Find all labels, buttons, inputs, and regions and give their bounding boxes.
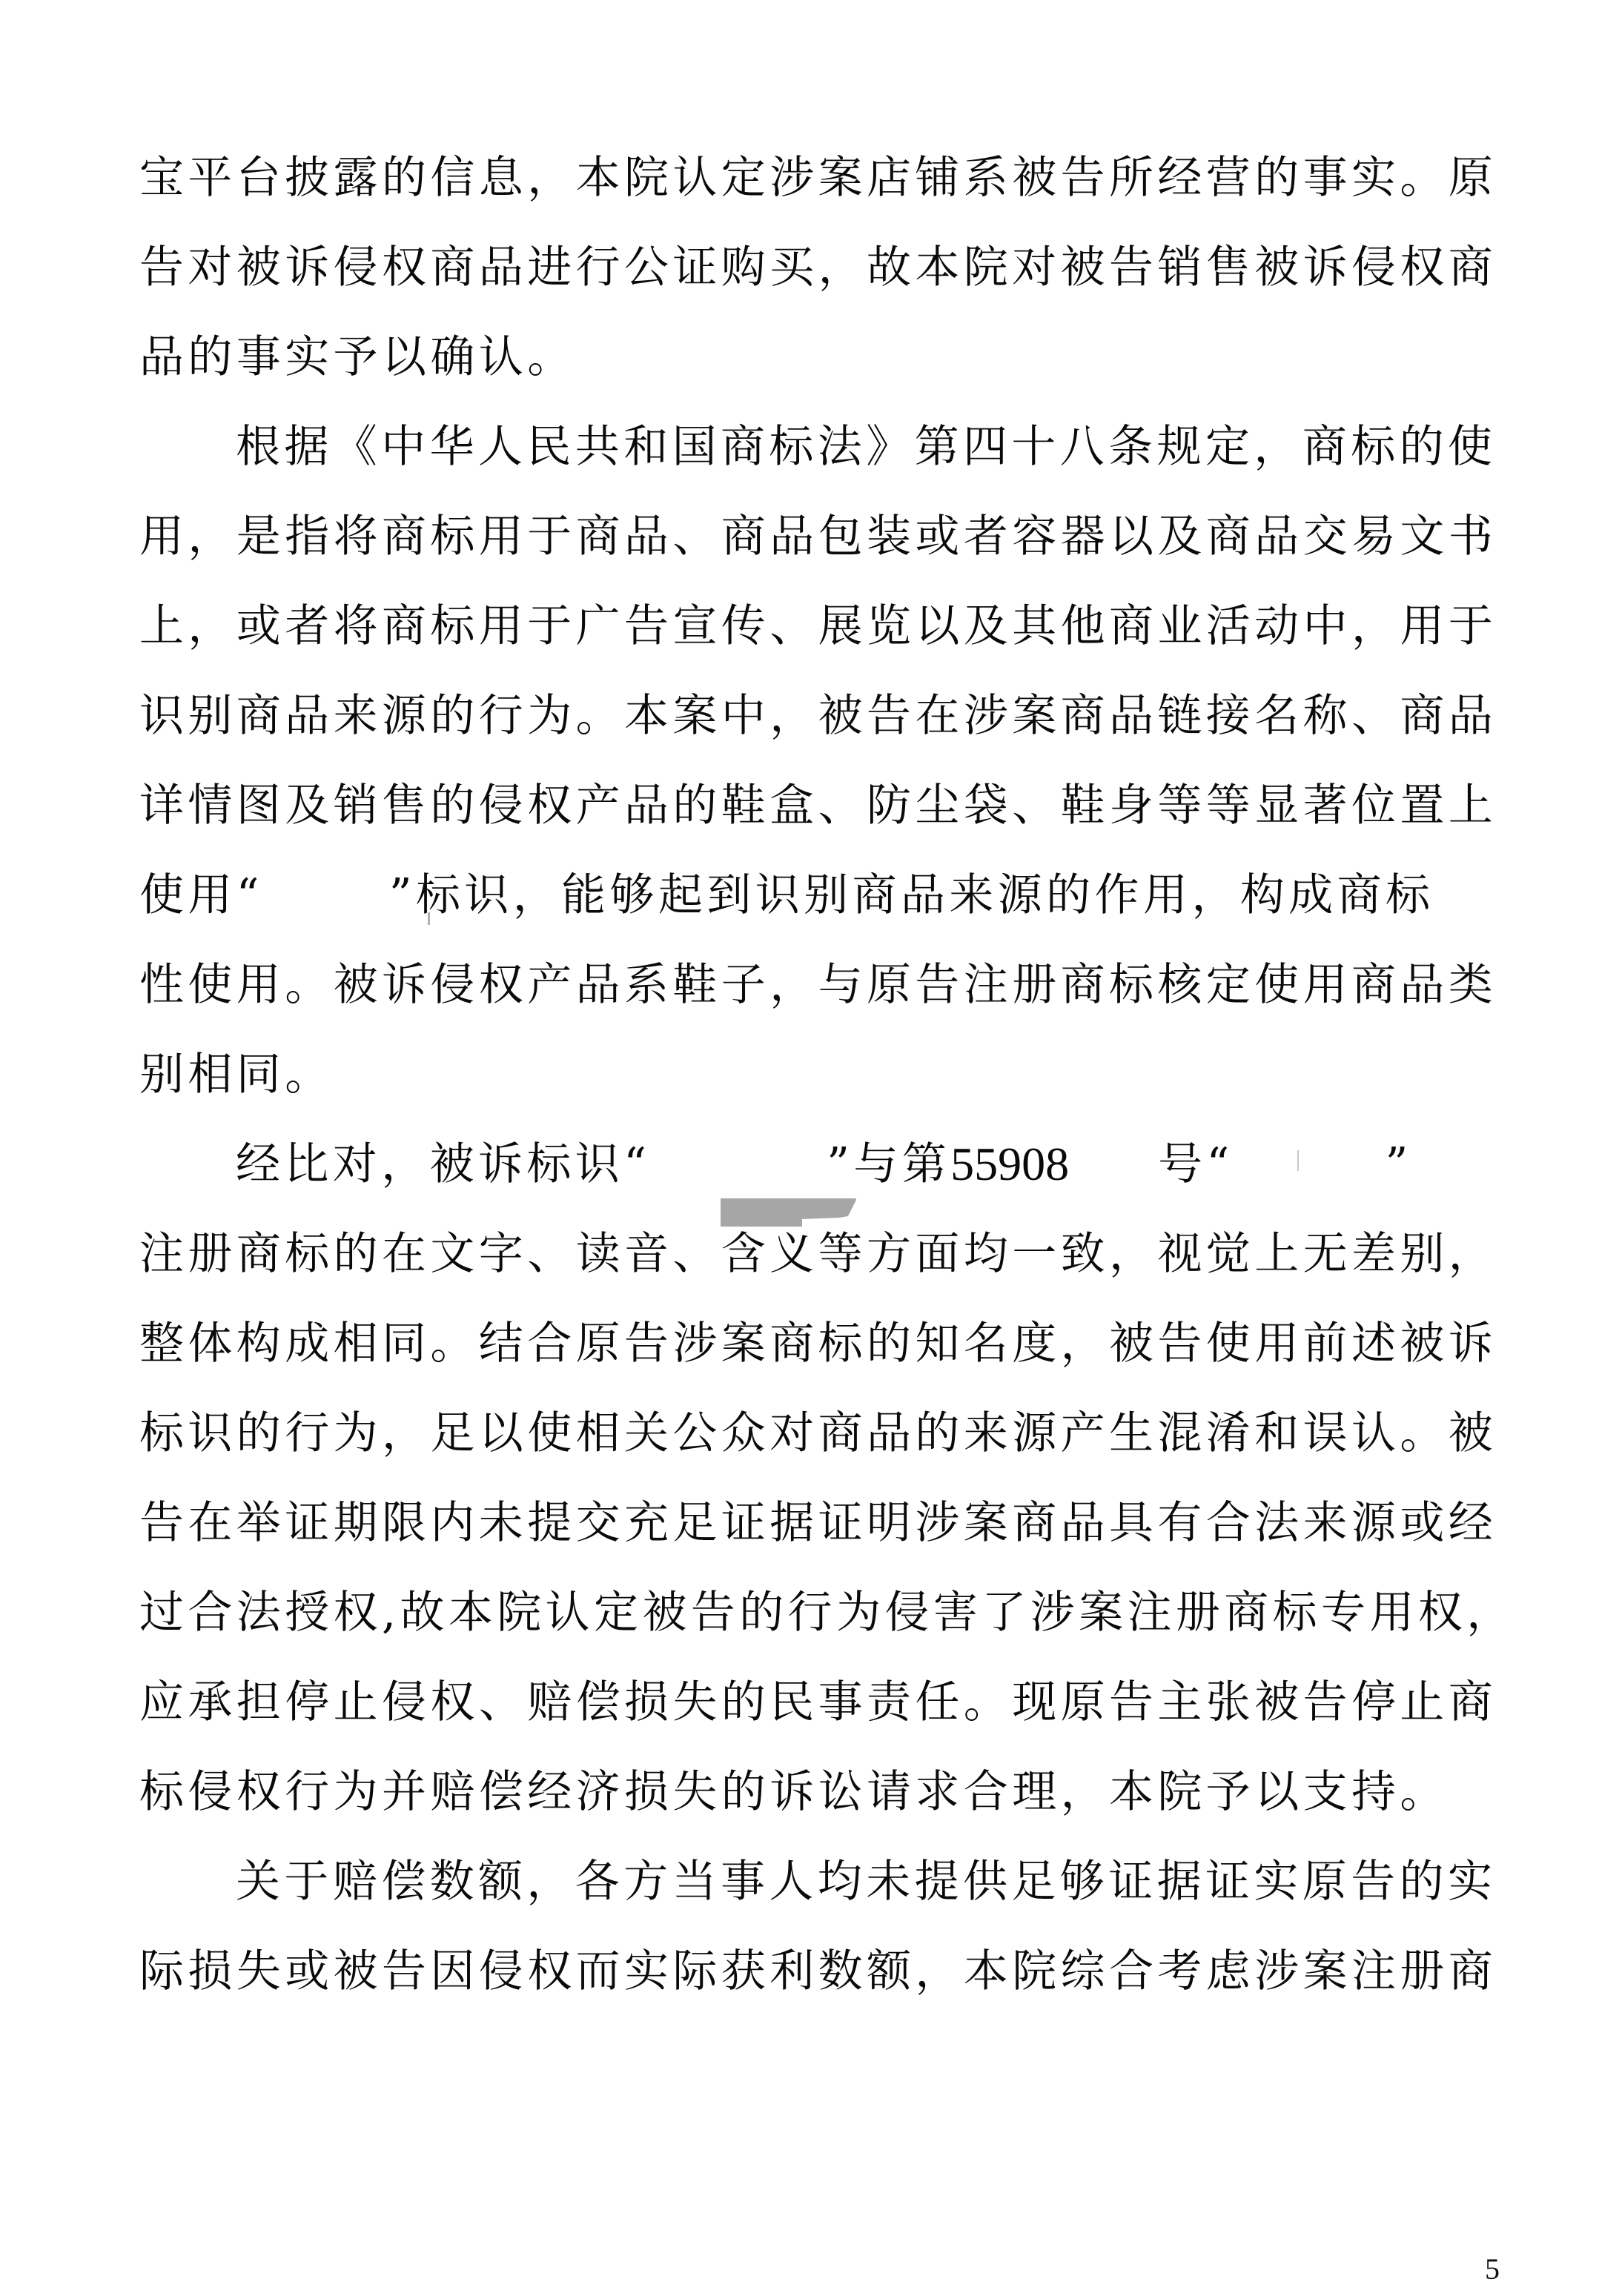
text-segment: ”标识，能够起到识别商品来源的作用，构成商标: [389, 869, 1434, 921]
page-number: 5: [1485, 2253, 1500, 2286]
redacted-registered-mark: [1234, 1138, 1386, 1183]
document-page: 宝平台披露的信息，本院认定涉案店铺系被告所经营的事实。原 告对被诉侵权商品进行公…: [0, 0, 1622, 2296]
text-line: 应承担停止侵权、赔偿损失的民事责任。现原告主张被告停止商: [139, 1676, 1503, 1728]
redaction-artifact: [428, 912, 430, 925]
text-line: 用，是指将商标用于商品、商品包装或者容器以及商品交易文书: [139, 511, 1503, 563]
text-line: 告在举证期限内未提交充足证据证明涉案商品具有合法来源或经: [139, 1497, 1503, 1549]
registration-number: 55908: [950, 1138, 1069, 1190]
redacted-trademark-image: [263, 869, 389, 914]
text-line: 详情图及销售的侵权产品的鞋盒、防尘袋、鞋身等等显著位置上: [139, 780, 1503, 832]
text-segment: 经比对，被诉标识“: [236, 1138, 650, 1190]
text-line: 关于赔偿数额，各方当事人均未提供足够证据证实原告的实: [236, 1856, 1600, 1908]
text-line: 识别商品来源的行为。本案中，被告在涉案商品链接名称、商品: [139, 690, 1503, 742]
text-line: 际损失或被告因侵权而实际获利数额，本院综合考虑涉案注册商: [139, 1945, 1503, 1997]
text-line: 注册商标的在文字、读音、含义等方面均一致，视觉上无差别，: [139, 1228, 1503, 1280]
text-line: 上，或者将商标用于广告宣传、展览以及其他商业活动中，用于: [139, 600, 1503, 652]
text-line: 告对被诉侵权商品进行公证购买，故本院对被告销售被诉侵权商: [139, 242, 1503, 293]
text-line: 整体构成相同。结合原告涉案商标的知名度，被告使用前述被诉: [139, 1318, 1503, 1370]
text-line: 性使用。被诉侵权产品系鞋子，与原告注册商标核定使用商品类: [139, 959, 1503, 1011]
text-line: 根据《中华人民共和国商标法》第四十八条规定，商标的使: [236, 421, 1600, 473]
text-line: 过合法授权,故本院认定被告的行为侵害了涉案注册商标专用权，: [139, 1587, 1503, 1639]
text-line: 品的事实予以确认。: [139, 331, 1503, 383]
redaction-smudge: [721, 1198, 858, 1227]
text-line-with-redacted-marks: 经比对，被诉标识“”与第55908号“”: [236, 1138, 1600, 1190]
text-segment: ”与第: [827, 1138, 950, 1190]
text-segment: 号“: [1158, 1138, 1233, 1190]
text-line-with-redacted-mark: 使用“”标识，能够起到识别商品来源的作用，构成商标: [139, 869, 1503, 921]
redaction-artifact: [1297, 1150, 1299, 1171]
text-segment: ”: [1386, 1138, 1412, 1190]
text-line: 标侵权行为并赔偿经济损失的诉讼请求合理，本院予以支持。: [139, 1766, 1503, 1818]
text-line: 别相同。: [139, 1049, 1503, 1101]
text-line: 标识的行为，足以使相关公众对商品的来源产生混淆和误认。被: [139, 1407, 1503, 1459]
redacted-number-suffix: [1069, 1138, 1158, 1183]
text-segment: 使用“: [139, 869, 263, 921]
text-line: 宝平台披露的信息，本院认定涉案店铺系被告所经营的事实。原: [139, 152, 1503, 204]
redacted-accused-mark: [650, 1138, 827, 1183]
